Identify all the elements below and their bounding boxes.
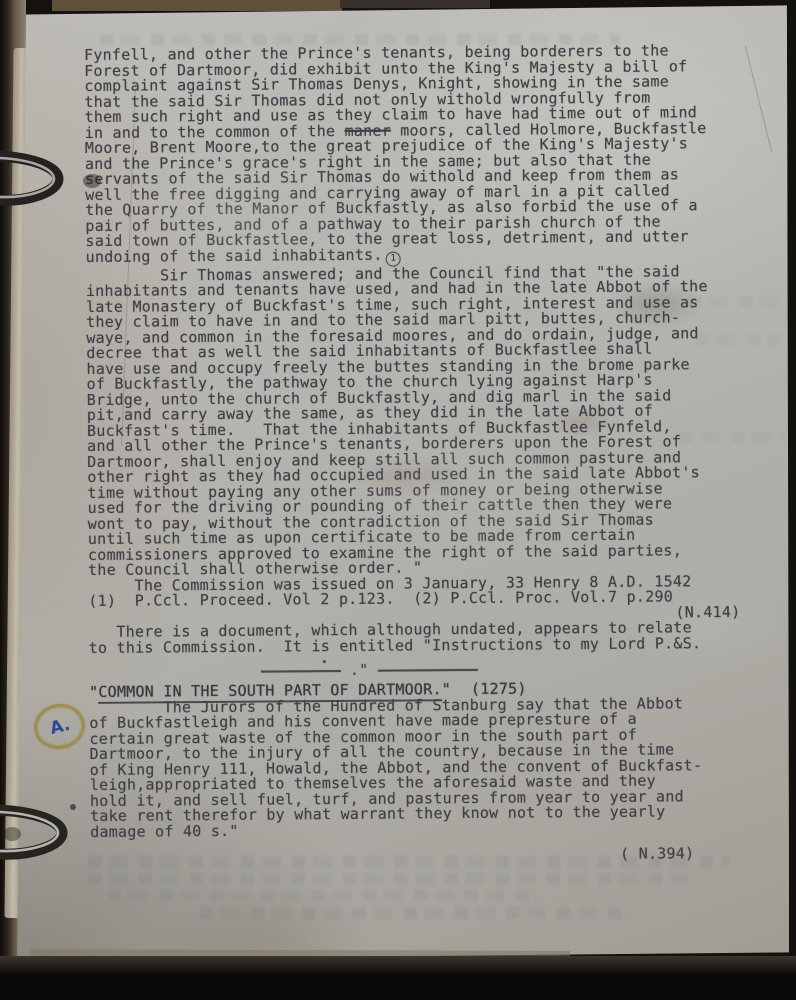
separator-dot — [323, 660, 326, 663]
council-answer-paragraph: Sir Thomas answered; and the Council fin… — [86, 263, 750, 578]
separator-mark: ." — [350, 663, 369, 679]
corner-crease — [745, 46, 773, 153]
stamp-letter: A. — [47, 714, 71, 738]
document-note: There is a document, which although unda… — [89, 620, 751, 656]
bleedthrough-mark — [200, 907, 630, 919]
typewritten-text: Fynfell, and other the Prince's tenants,… — [84, 43, 752, 867]
punched-hole — [83, 174, 101, 188]
inhabitants-text: undoing of the said inhabitants. — [86, 245, 383, 265]
document-page: Fynfell, and other the Prince's tenants,… — [16, 4, 790, 960]
complaint-paragraph-part2: Moore, Brent Moore,to the great prejudic… — [85, 136, 748, 250]
section-separator: ." — [261, 661, 751, 679]
separator-dash-left — [261, 670, 341, 673]
complaint-paragraph-part1: Fynfell, and other the Prince's tenants,… — [84, 43, 747, 126]
photo-edge-bottom — [0, 956, 796, 1000]
binder-ring-top — [0, 148, 106, 216]
binder-ring-bottom — [0, 800, 106, 868]
punched-hole — [3, 827, 21, 841]
photo-edge-right — [789, 0, 796, 1000]
commission-lines: The Commission was issued on 3 January, … — [88, 573, 750, 609]
scanned-page-photo: Fynfell, and other the Prince's tenants,… — [0, 0, 796, 1000]
archivist-stamp: A. — [30, 700, 88, 753]
top-binding-edge — [52, 0, 342, 11]
top-binding-edge-dark — [340, 0, 490, 8]
bleedthrough-mark — [88, 873, 688, 885]
bleedthrough-mark — [108, 890, 538, 901]
jurors-paragraph: The Jurors of the Hundred of Stanburg sa… — [89, 695, 752, 840]
separator-dash-right — [377, 669, 477, 672]
